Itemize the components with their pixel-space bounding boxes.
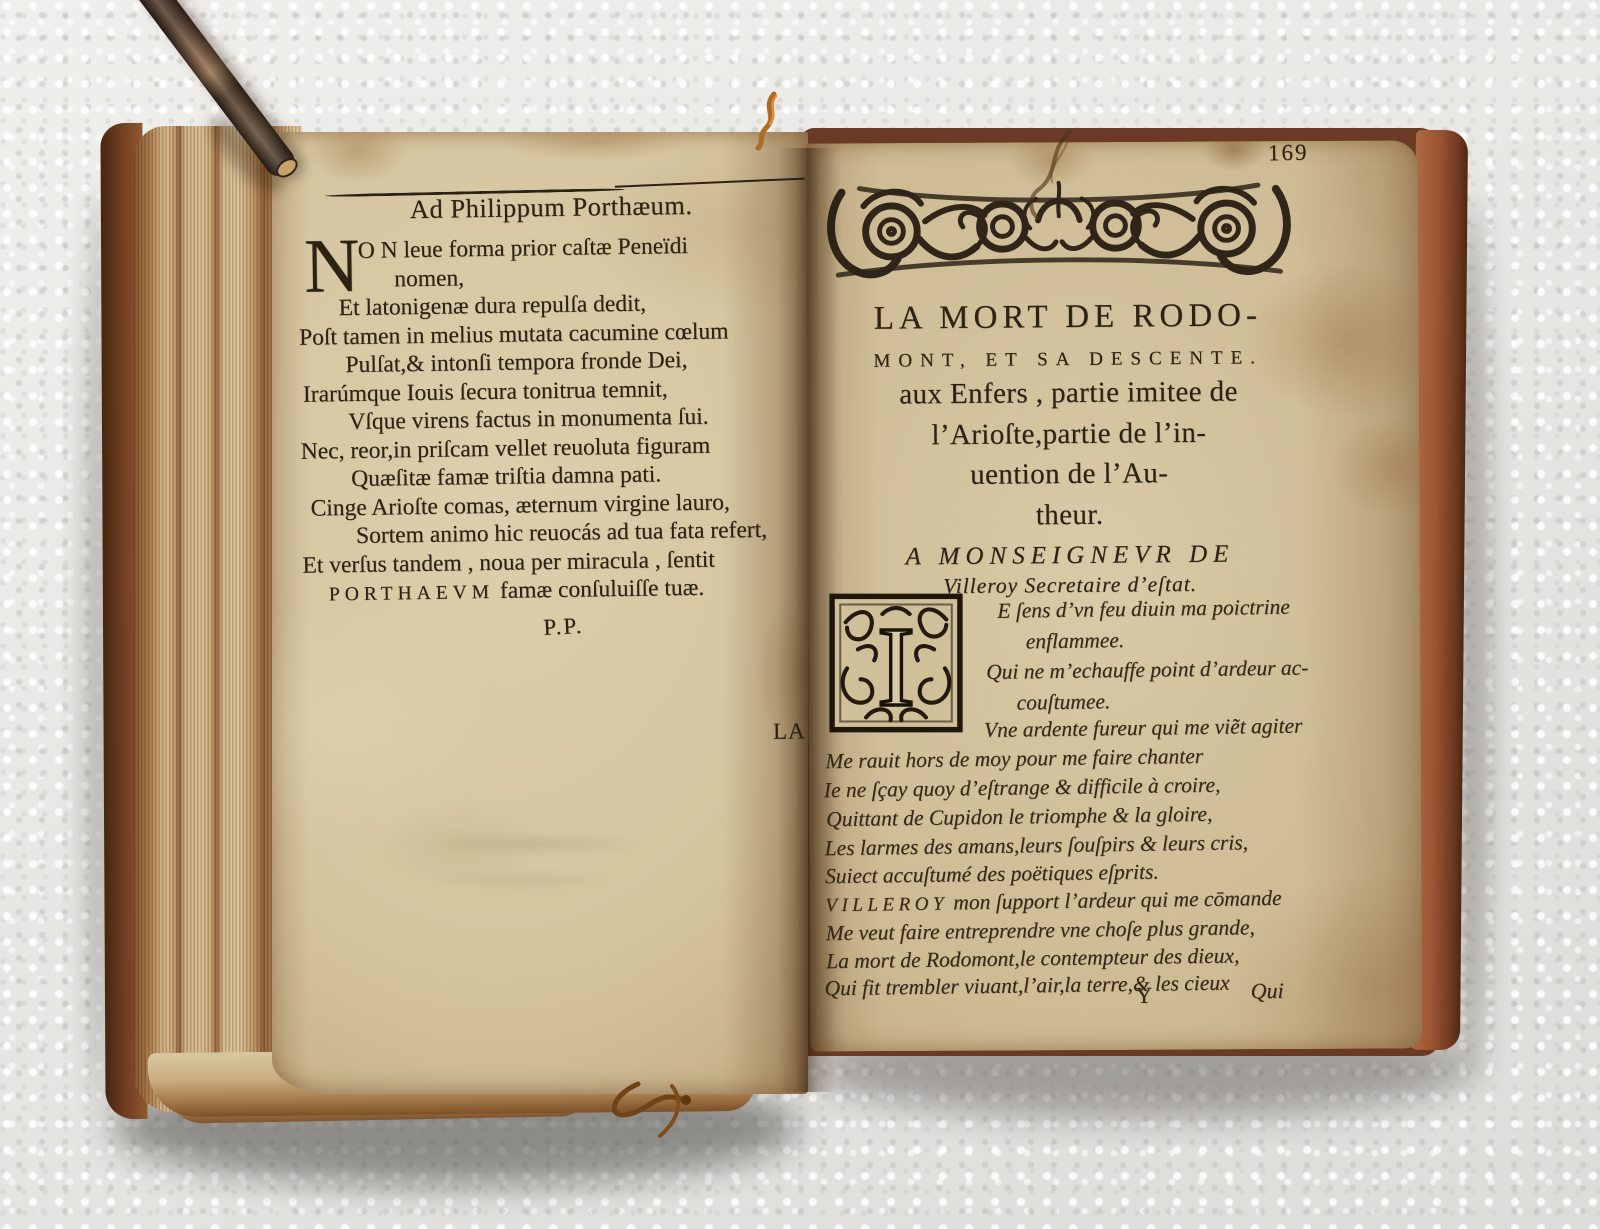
author-initials: P.P.: [543, 613, 584, 641]
verse-line: Suiect accuſtumé des poëtiques eſprits.: [825, 860, 1159, 890]
porthaevm-rest: famæ conſuluiſſe tuæ.: [494, 575, 705, 604]
title-line: l’Arioſte,partie de l’in-: [818, 414, 1320, 454]
verse-line: enflammee.: [1026, 628, 1125, 654]
photo-of-open-antique-book: Ad Philippum Porthæum. N O N leue forma …: [0, 0, 1600, 1229]
title-line: uention de l’Au-: [818, 455, 1320, 495]
ink-showthrough: [330, 808, 750, 928]
title-line: theur.: [818, 495, 1320, 535]
verse-line: Quittant de Cupidon le triomphe & la glo…: [826, 802, 1212, 832]
title-line: MONT, ET SA DESCENTE.: [817, 347, 1319, 373]
title-line: aux Enfers , partie imitee de: [817, 374, 1319, 414]
latin-poem: N O N leue forma prior caſtæ Peneïdi nom…: [298, 230, 811, 608]
verse-line: couſtumee.: [1016, 689, 1110, 715]
verse-line: E ſens d’vn feu diuin ma poictrine: [997, 595, 1290, 624]
verse-line: Les larmes des amans,leurs ſouſpirs & le…: [824, 830, 1248, 861]
catchword-right: Qui: [1250, 978, 1283, 1004]
villeroy-rest: mon ſupport l’ardeur qui me cōmande: [948, 886, 1282, 915]
porthaevm-small-caps: Porthaevm: [329, 582, 494, 605]
verse-line: Me rauit hors de moy pour me faire chant…: [825, 744, 1203, 774]
drop-cap-letter: N: [304, 233, 361, 298]
catchword-left: LA: [773, 718, 806, 744]
verse-line: Ie ne ſçay quoy d’eſtrange & difficile à…: [824, 773, 1221, 804]
binding-thread-bottom: [598, 1078, 738, 1152]
right-page-title-block: LA MORT DE RODO- MONT, ET SA DESCENTE. a…: [817, 297, 1322, 600]
signature-mark: Y: [1136, 983, 1153, 1009]
left-page-text: Ad Philippum Porthæum. N O N leue forma …: [297, 186, 811, 608]
verse-line: Qui ne m’echauffe point d’ardeur ac-: [986, 655, 1309, 684]
verse-line: La mort de Rodomont,le contempteur des d…: [826, 943, 1240, 974]
verse-line: Me veut faire entreprendre vne choſe plu…: [826, 915, 1255, 946]
verse-line: Qui fit trembler viuant,l’air,la terre,&…: [824, 971, 1229, 1002]
verse-line-villeroy: VILLEROY mon ſupport l’ardeur qui me cōm…: [825, 886, 1281, 917]
dedication-line: A MONSEIGNEVR DE: [819, 540, 1321, 572]
french-verse-block: E ſens d’vn feu diuin ma poictrine enfla…: [817, 588, 1443, 1017]
verse-line: Vne ardente fureur qui me viẽt agiter: [984, 714, 1303, 743]
paper-crease-tear: [1008, 130, 1088, 222]
binding-thread-top: [744, 90, 792, 154]
page-number: 169: [1268, 140, 1309, 167]
title-line: LA MORT DE RODO-: [817, 297, 1319, 338]
villeroy-caps: VILLEROY: [825, 894, 948, 917]
